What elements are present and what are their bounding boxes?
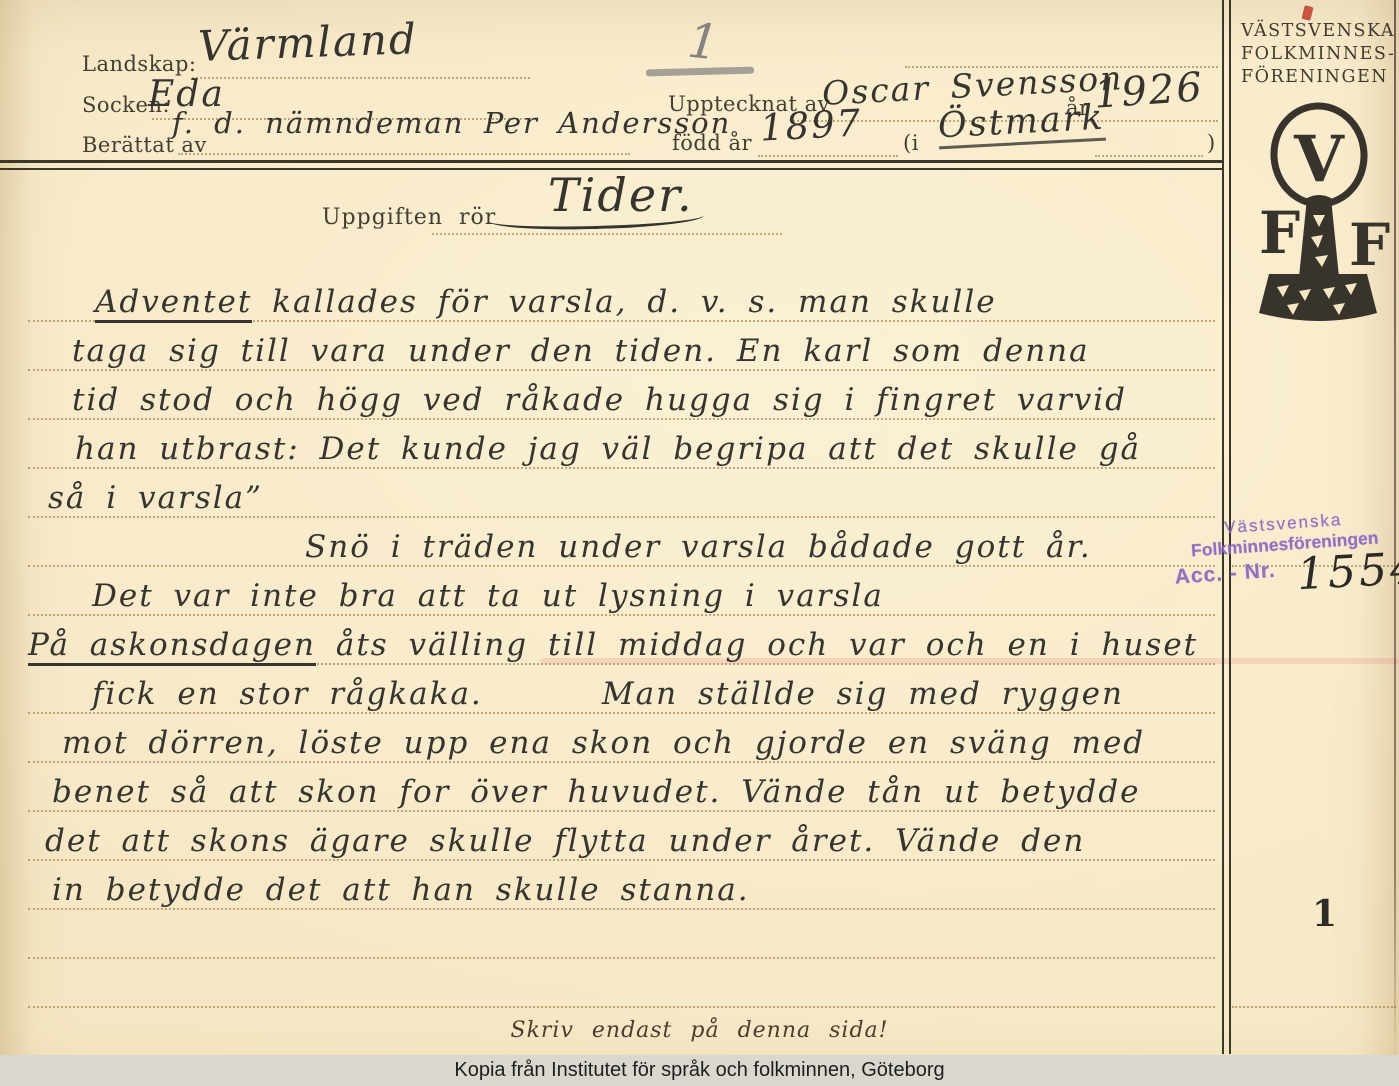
uppgiften-hand-underline xyxy=(488,213,704,232)
thors-hammer-logo-icon: V F F xyxy=(1243,95,1393,344)
landskap-dotted-line xyxy=(192,77,530,79)
svg-text:F: F xyxy=(1349,211,1390,279)
pencil-number: 1 xyxy=(685,13,721,72)
handwritten-line: så i varsla” xyxy=(48,476,263,520)
uppgiften-dotted-line xyxy=(432,233,782,235)
handwritten-line: taga sig till vara under den tiden. En k… xyxy=(72,329,1090,373)
line-text: åts välling till middag och var och en i… xyxy=(316,627,1198,663)
org-line: FOLKMINNES- xyxy=(1241,43,1391,66)
landskap-label: Landskap: xyxy=(82,52,196,76)
line-text: det att skons ägare skulle flytta under … xyxy=(45,823,1085,859)
rule-line xyxy=(28,1006,1215,1008)
handwritten-line: in betydde det att han skulle stanna. xyxy=(52,868,750,912)
org-line: FÖRENINGEN xyxy=(1241,66,1391,89)
birthplace-dotted-line xyxy=(1095,155,1203,157)
line-text: mot dörren, löste upp ena skon och gjord… xyxy=(62,725,1145,761)
rule-line xyxy=(28,957,1215,959)
handwritten-line: fick en stor rågkaka. Man ställde sig me… xyxy=(92,672,1124,716)
svg-text:V: V xyxy=(1293,122,1345,197)
line-text: taga sig till vara under den tiden. En k… xyxy=(72,333,1090,369)
landskap-value: Värmland xyxy=(197,14,418,71)
line-text: tid stod och högg ved råkade hugga sig i… xyxy=(72,382,1127,418)
copy-attribution-bar: Kopia från Institutet för språk och folk… xyxy=(0,1055,1399,1086)
berattat-dotted-line xyxy=(178,153,630,155)
handwritten-line: det att skons ägare skulle flytta under … xyxy=(45,819,1085,863)
handwritten-line: tid stod och högg ved råkade hugga sig i… xyxy=(72,378,1127,422)
line-text: kallades för varsla, d. v. s. man skulle xyxy=(252,284,996,320)
line-text: han utbrast: Det kunde jag väl begripa a… xyxy=(75,431,1141,467)
uppgiften-label: Uppgiften rör xyxy=(322,205,496,230)
handwritten-line: Adventet kallades för varsla, d. v. s. m… xyxy=(95,280,997,324)
paren-open: (i xyxy=(903,131,919,155)
archive-record-card: Landskap: Socken: Berättat av Upptecknat… xyxy=(0,0,1399,1086)
line-text: in betydde det att han skulle stanna. xyxy=(52,872,750,908)
org-line: VÄSTSVENSKA xyxy=(1241,20,1391,43)
line-text: Snö i träden under varsla bådade gott år… xyxy=(305,529,1092,565)
line-text: så i varsla” xyxy=(48,480,263,516)
handwritten-line: benet så att skon for över huvudet. Vänd… xyxy=(52,770,1141,814)
svg-text:F: F xyxy=(1259,199,1300,267)
ar-value: 1926 xyxy=(1093,64,1206,118)
handwritten-line: Snö i träden under varsla bådade gott år… xyxy=(305,525,1092,569)
page-number: 1 xyxy=(1312,893,1337,935)
line-text: fick en stor rågkaka. Man ställde sig me… xyxy=(92,676,1124,712)
fodd-dotted-line xyxy=(758,155,898,157)
rule-line-right xyxy=(1232,1006,1396,1008)
paren-close: ) xyxy=(1207,131,1216,155)
fodd-ar-value: 1897 xyxy=(759,101,863,149)
accession-number: 1554 xyxy=(1296,543,1399,600)
birthplace-value: Östmark xyxy=(937,98,1106,150)
underlined-word: På askonsdagen xyxy=(28,627,316,666)
berattat-value: f. d. nämndeman Per Andersson xyxy=(172,106,731,140)
handwritten-line: Det var inte bra att ta ut lysning i var… xyxy=(92,574,884,618)
line-text: Det var inte bra att ta ut lysning i var… xyxy=(92,578,884,614)
organization-name: VÄSTSVENSKA FOLKMINNES- FÖRENINGEN xyxy=(1241,20,1391,89)
red-stamp-mark xyxy=(1301,5,1313,21)
write-only-instruction: Skriv endast på denna sida! xyxy=(0,1018,1399,1043)
handwritten-line: På askonsdagen åts välling till middag o… xyxy=(28,623,1198,667)
handwritten-line: mot dörren, löste upp ena skon och gjord… xyxy=(62,721,1145,765)
line-text: benet så att skon for över huvudet. Vänd… xyxy=(52,774,1141,810)
underlined-word: Adventet xyxy=(95,284,252,323)
handwritten-line: han utbrast: Det kunde jag väl begripa a… xyxy=(75,427,1141,471)
pencil-underline xyxy=(646,67,754,77)
